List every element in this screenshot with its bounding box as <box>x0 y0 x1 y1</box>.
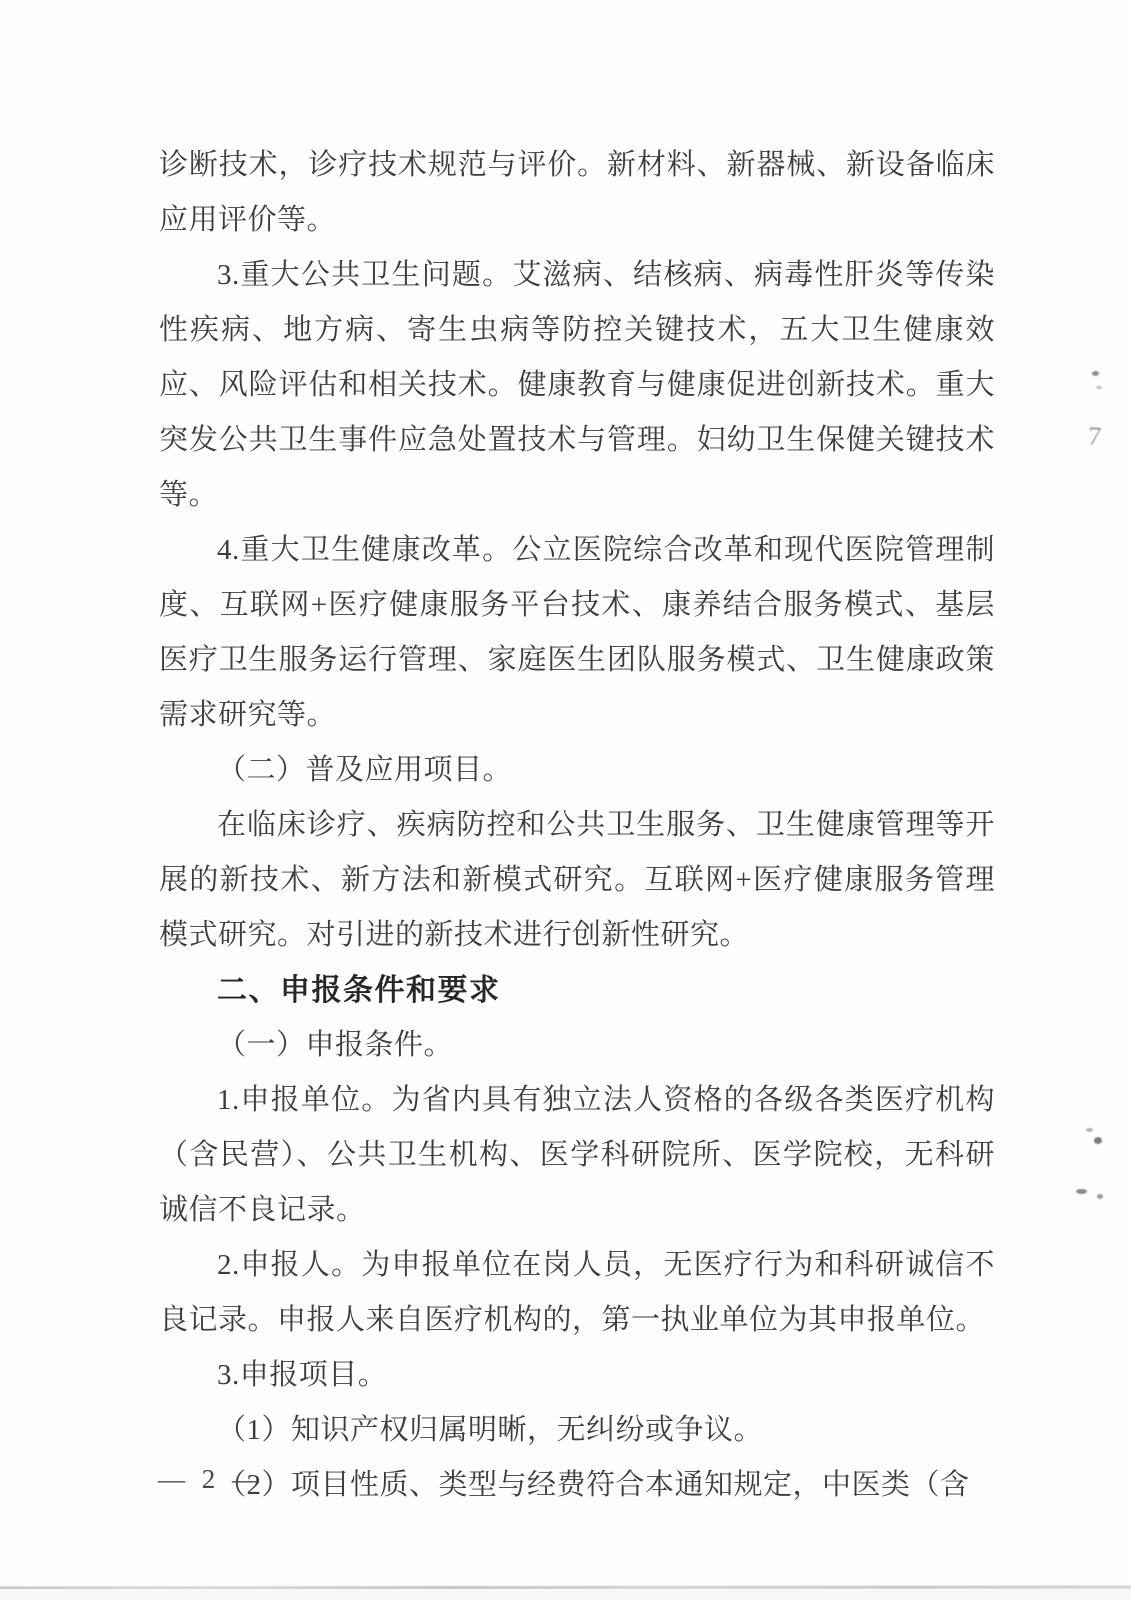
paragraph: 3.重大公共卫生问题。艾滋病、结核病、病毒性肝炎等传染性疾病、地方病、寄生虫病等… <box>159 248 995 523</box>
paragraph: （1）知识产权归属明晰，无纠纷或争议。 <box>159 1403 995 1458</box>
paragraph: （一）申报条件。 <box>159 1018 995 1073</box>
paper-edge-margin <box>0 1589 1131 1600</box>
scan-squiggle-mark: 7 <box>1087 424 1102 451</box>
scan-speck <box>1086 1128 1093 1132</box>
paragraph: （二）普及应用项目。 <box>159 743 995 798</box>
paragraph: 诊断技术，诊疗技术规范与评价。新材料、新器械、新设备临床应用评价等。 <box>159 138 995 248</box>
scan-speck <box>1096 386 1102 389</box>
paragraph: （2）项目性质、类型与经费符合本通知规定，中医类（含 <box>159 1458 995 1513</box>
page-number: — 2 — <box>158 1463 264 1495</box>
document-body: 诊断技术，诊疗技术规范与评价。新材料、新器械、新设备临床应用评价等。 3.重大公… <box>159 138 995 1513</box>
paragraph: 3.申报项目。 <box>159 1348 995 1403</box>
scan-speck <box>1097 1194 1103 1199</box>
paragraph: 在临床诊疗、疾病防控和公共卫生服务、卫生健康管理等开展的新技术、新方法和新模式研… <box>159 798 995 963</box>
paragraph: 2.申报人。为申报单位在岗人员，无医疗行为和科研诚信不良记录。申报人来自医疗机构… <box>159 1238 995 1348</box>
paragraph: 4.重大卫生健康改革。公立医院综合改革和现代医院管理制度、互联网+医疗健康服务平… <box>159 523 995 743</box>
scanned-document-page: 诊断技术，诊疗技术规范与评价。新材料、新器械、新设备临床应用评价等。 3.重大公… <box>0 0 1131 1600</box>
scan-speck <box>1094 1137 1102 1144</box>
paragraph: 1.申报单位。为省内具有独立法人资格的各级各类医疗机构（含民营）、公共卫生机构、… <box>159 1073 995 1238</box>
scan-speck <box>1092 371 1099 376</box>
scan-speck <box>1076 1189 1087 1194</box>
section-heading: 二、申报条件和要求 <box>159 963 995 1018</box>
